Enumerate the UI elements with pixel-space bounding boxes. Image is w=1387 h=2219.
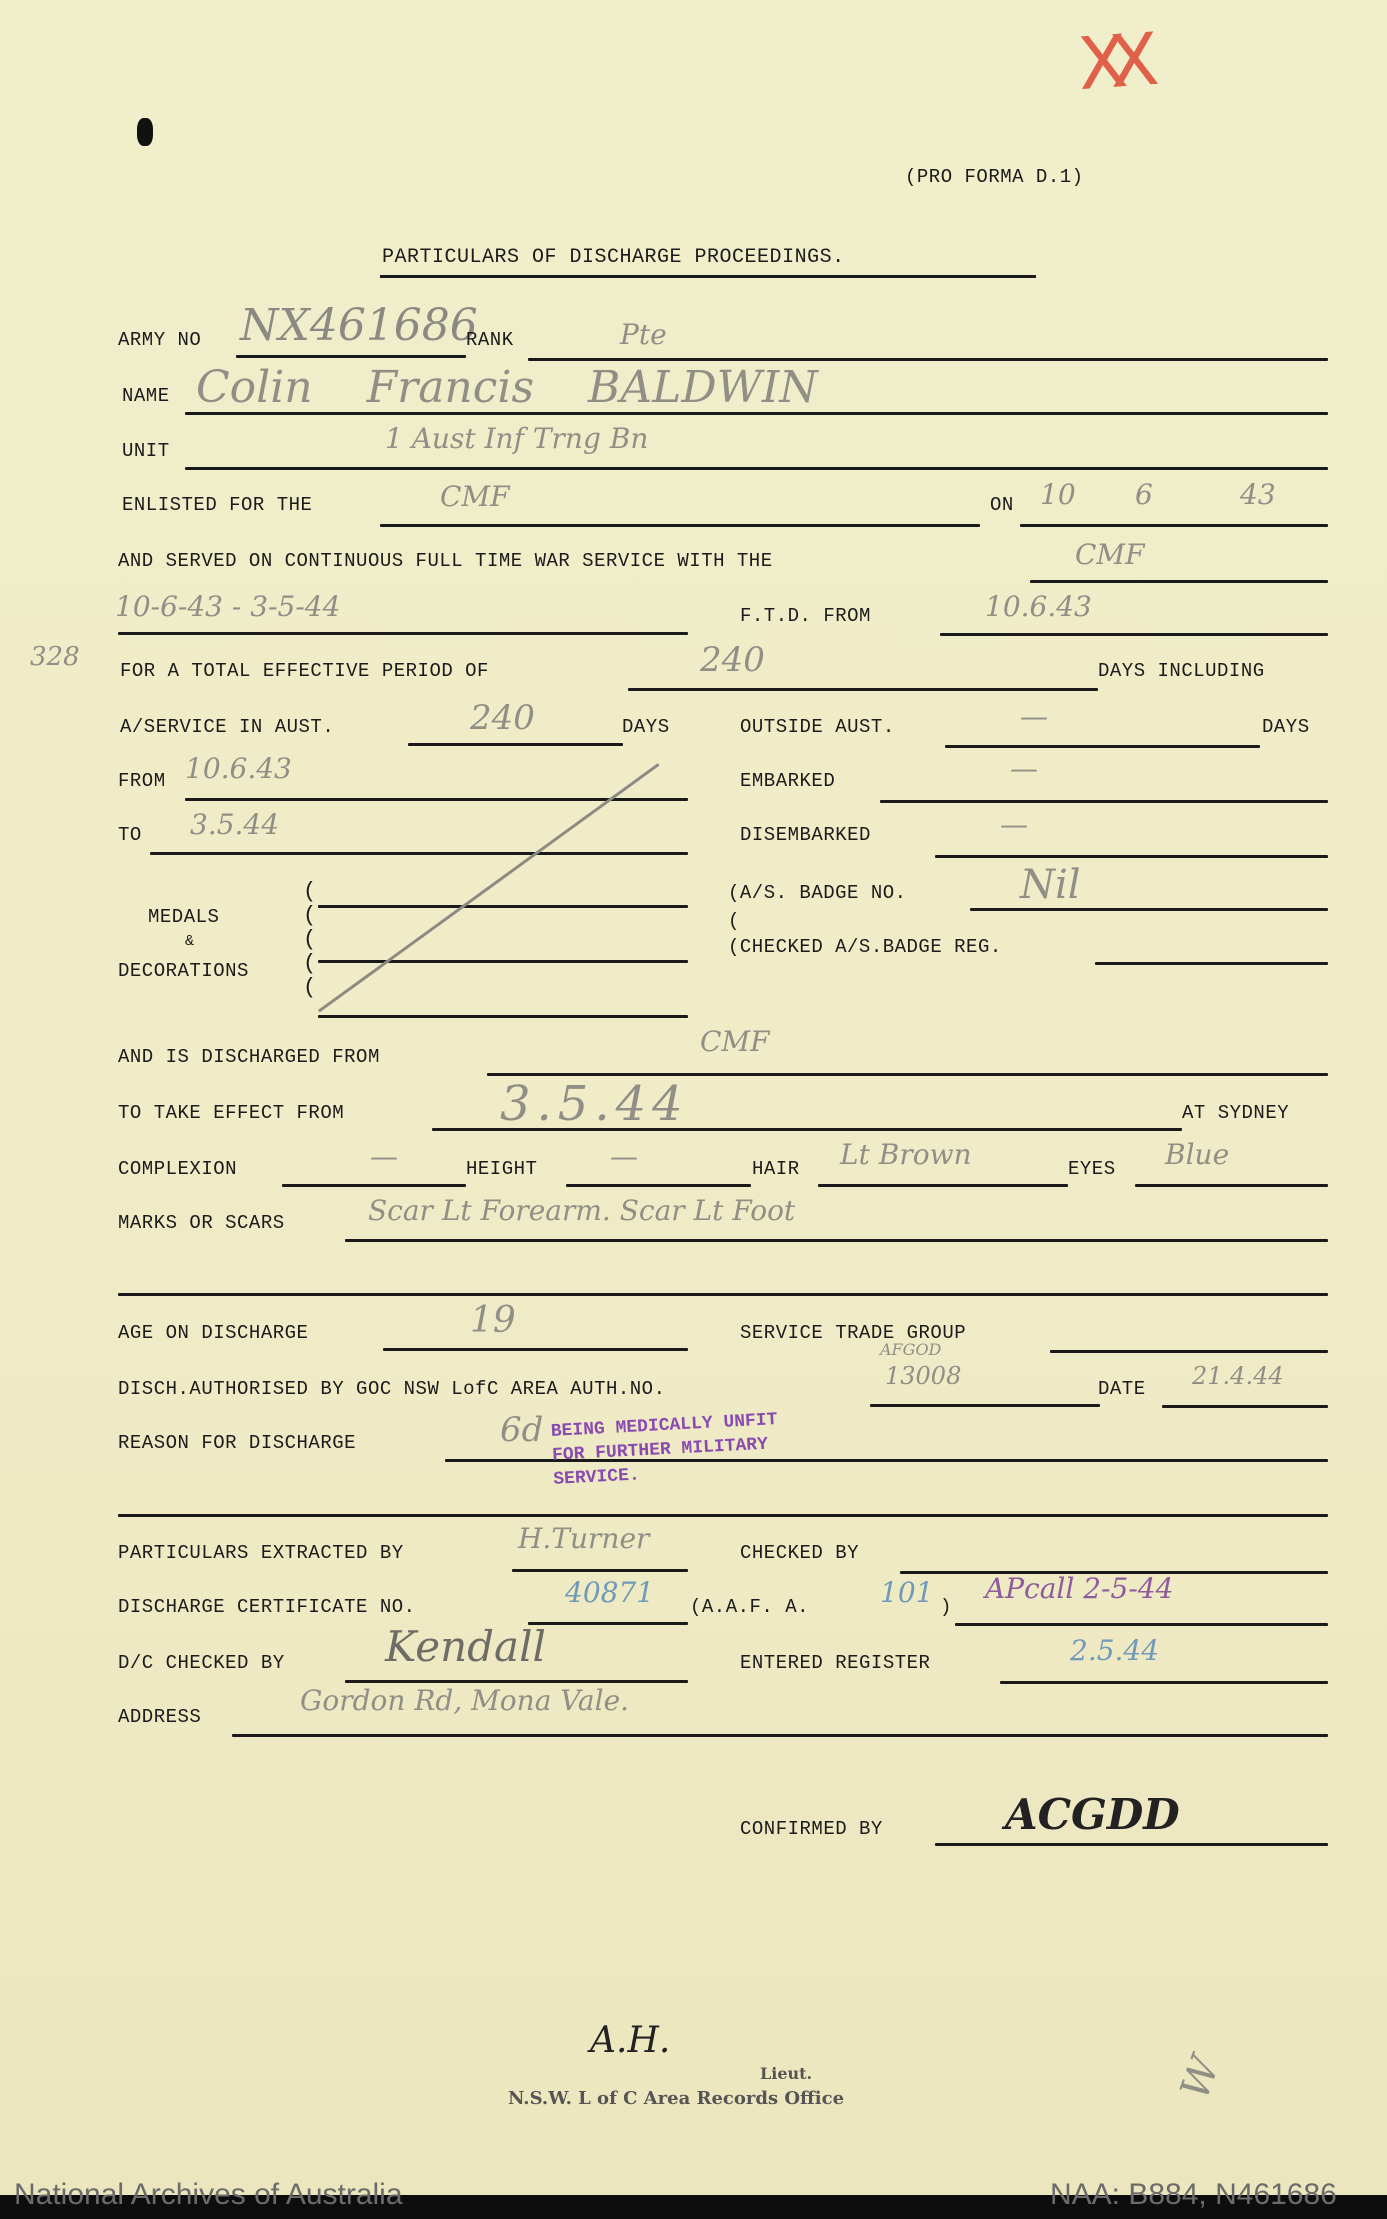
badge-no-label: (A/S. BADGE NO. xyxy=(728,882,907,904)
service-period-line xyxy=(118,632,688,635)
service-aust-line xyxy=(408,743,623,746)
to-line xyxy=(150,852,688,855)
trade-group-line xyxy=(1050,1350,1328,1353)
form-id: (PRO FORMA D.1) xyxy=(905,166,1084,188)
punch-hole xyxy=(137,118,153,146)
confirmed-by-line xyxy=(935,1843,1328,1846)
complexion-label: COMPLEXION xyxy=(118,1158,237,1180)
aafa-value: 101 xyxy=(880,1576,933,1609)
authorised-date-value: 21.4.44 xyxy=(1192,1362,1284,1390)
decorations-label: DECORATIONS xyxy=(118,960,249,982)
address-line xyxy=(232,1734,1328,1737)
badge-no-line xyxy=(970,908,1328,911)
service-aust-value: 240 xyxy=(470,698,535,738)
height-value: — xyxy=(610,1140,638,1173)
entered-register-label: ENTERED REGISTER xyxy=(740,1652,930,1674)
medals-amp: & xyxy=(185,933,195,950)
total-period-suffix: DAYS INCLUDING xyxy=(1098,660,1265,682)
enlisted-year: 43 xyxy=(1240,478,1276,511)
unit-line xyxy=(185,467,1328,470)
total-period-label: FOR A TOTAL EFFECTIVE PERIOD OF xyxy=(120,660,489,682)
hair-line xyxy=(818,1184,1068,1187)
served-line xyxy=(1030,580,1328,583)
marks-line-2 xyxy=(118,1293,1328,1296)
name-value: Colin Francis BALDWIN xyxy=(196,362,818,413)
marks-label: MARKS OR SCARS xyxy=(118,1212,285,1234)
embarked-value: — xyxy=(1010,752,1038,785)
aafa-close: ) xyxy=(940,1596,952,1618)
total-period-line xyxy=(628,688,1098,691)
eyes-line xyxy=(1135,1184,1328,1187)
extracted-by-label: PARTICULARS EXTRACTED BY xyxy=(118,1542,404,1564)
disembarked-value: — xyxy=(1000,808,1028,841)
outside-aust-label: OUTSIDE AUST. xyxy=(740,716,895,738)
ftd-value: 10.6.43 xyxy=(985,590,1092,623)
rank-label: RANK xyxy=(466,329,514,351)
ftd-label: F.T.D. FROM xyxy=(740,605,871,627)
authorised-label: DISCH.AUTHORISED BY GOC NSW LofC AREA AU… xyxy=(118,1378,666,1400)
rank-value: Pte xyxy=(620,318,667,351)
medically-unfit-stamp: BEING MEDICALLY UNFIT FOR FURTHER MILITA… xyxy=(550,1408,780,1492)
reason-label: REASON FOR DISCHARGE xyxy=(118,1432,356,1454)
enlisted-date-line xyxy=(1020,524,1328,527)
age-value: 19 xyxy=(470,1300,516,1341)
reason-line-2 xyxy=(118,1514,1328,1517)
page-title: PARTICULARS OF DISCHARGE PROCEEDINGS. xyxy=(382,246,845,269)
badge-reg-line xyxy=(1095,962,1328,965)
eyes-label: EYES xyxy=(1068,1158,1116,1180)
served-value: CMF xyxy=(1075,538,1145,571)
title-underline xyxy=(380,275,1036,278)
checked-by-label: CHECKED BY xyxy=(740,1542,859,1564)
ftd-line xyxy=(940,633,1328,636)
discharged-from-value: CMF xyxy=(700,1025,770,1058)
medals-line-3 xyxy=(318,1015,688,1018)
officer-signature: A.H. xyxy=(590,2020,670,2061)
officer-rank: Lieut. xyxy=(760,2064,812,2083)
outside-aust-value: — xyxy=(1020,700,1048,733)
certificate-label: DISCHARGE CERTIFICATE NO. xyxy=(118,1596,416,1618)
effect-from-line xyxy=(432,1128,1182,1131)
from-value: 10.6.43 xyxy=(185,752,292,785)
age-label: AGE ON DISCHARGE xyxy=(118,1322,308,1344)
authorised-date-label: DATE xyxy=(1098,1378,1146,1400)
marks-line xyxy=(345,1239,1328,1242)
aafa-label: (A.A.F. A. xyxy=(690,1596,809,1618)
from-label: FROM xyxy=(118,770,166,792)
service-aust-label: A/SERVICE IN AUST. xyxy=(120,716,334,738)
reason-code: 6d xyxy=(500,1410,543,1450)
service-aust-suffix: DAYS xyxy=(622,716,670,738)
red-crayon-mark: XX xyxy=(1075,18,1143,106)
unit-label: UNIT xyxy=(122,440,170,462)
enlisted-month: 6 xyxy=(1135,478,1153,511)
entered-register-value: 2.5.44 xyxy=(1070,1634,1159,1667)
confirmed-by-label: CONFIRMED BY xyxy=(740,1818,883,1840)
height-line xyxy=(566,1184,751,1187)
address-label: ADDRESS xyxy=(118,1706,201,1728)
records-office-stamp: N.S.W. L of C Area Records Office xyxy=(508,2088,844,2109)
badge-reg-label: (CHECKED A/S.BADGE REG. xyxy=(728,936,1002,958)
certificate-value: 40871 xyxy=(565,1576,654,1609)
hair-label: HAIR xyxy=(752,1158,800,1180)
service-period-value: 10-6-43 - 3-5-44 xyxy=(115,590,340,623)
to-value: 3.5.44 xyxy=(190,808,279,841)
medals-bracket: ((((( xyxy=(303,880,316,1000)
outside-aust-line xyxy=(945,745,1260,748)
disembarked-line xyxy=(935,855,1328,858)
authorised-value: 13008 xyxy=(885,1362,961,1390)
authorised-line xyxy=(870,1404,1100,1407)
to-label: TO xyxy=(118,824,142,846)
discharged-from-label: AND IS DISCHARGED FROM xyxy=(118,1046,380,1068)
rank-line xyxy=(528,358,1328,361)
complexion-line xyxy=(282,1184,466,1187)
eyes-value: Blue xyxy=(1165,1138,1229,1171)
enlisted-value: CMF xyxy=(440,480,510,513)
embarked-line xyxy=(880,800,1328,803)
authorised-note: AFGOD xyxy=(880,1340,941,1359)
enlisted-line xyxy=(380,524,980,527)
dc-checked-line xyxy=(345,1680,688,1683)
disembarked-label: DISEMBARKED xyxy=(740,824,871,846)
dc-checked-value: Kendall xyxy=(385,1622,546,1671)
unit-value: 1 Aust Inf Trng Bn xyxy=(385,422,648,455)
medals-label: MEDALS xyxy=(148,906,219,928)
effect-from-label: TO TAKE EFFECT FROM xyxy=(118,1102,344,1124)
on-label: ON xyxy=(990,494,1014,516)
enlisted-day: 10 xyxy=(1040,478,1076,511)
confirmed-by-signature: ACGDD xyxy=(1005,1790,1180,1839)
height-label: HEIGHT xyxy=(466,1158,537,1180)
total-period-value: 240 xyxy=(700,640,765,680)
certificate-line xyxy=(528,1622,688,1625)
complexion-value: — xyxy=(370,1140,398,1173)
medals-line-2 xyxy=(318,960,688,963)
badge-bracket: ( xyxy=(728,910,740,932)
certificate-initials-line xyxy=(955,1623,1328,1626)
name-label: NAME xyxy=(122,385,170,407)
embarked-label: EMBARKED xyxy=(740,770,835,792)
age-line xyxy=(383,1348,688,1351)
certificate-initials: APcall 2-5-44 xyxy=(985,1572,1173,1605)
badge-no-value: Nil xyxy=(1020,862,1081,908)
medals-line-1 xyxy=(318,905,688,908)
archive-name: National Archives of Australia xyxy=(14,2178,403,2212)
margin-note: 328 xyxy=(30,642,80,672)
name-line xyxy=(185,412,1328,415)
outside-aust-suffix: DAYS xyxy=(1262,716,1310,738)
army-no-label: ARMY NO xyxy=(118,329,201,351)
army-no-value: NX461686 xyxy=(240,300,478,351)
extracted-by-value: H.Turner xyxy=(518,1522,649,1555)
effect-from-suffix: AT SYDNEY xyxy=(1182,1102,1289,1124)
enlisted-label: ENLISTED FOR THE xyxy=(122,494,312,516)
dc-checked-label: D/C CHECKED BY xyxy=(118,1652,285,1674)
archive-reference: NAA: B884, N461686 xyxy=(1050,2178,1337,2212)
effect-from-value: 3.5.44 xyxy=(500,1076,689,1132)
served-label: AND SERVED ON CONTINUOUS FULL TIME WAR S… xyxy=(118,550,773,572)
address-value: Gordon Rd, Mona Vale. xyxy=(300,1684,629,1717)
entered-register-line xyxy=(1000,1681,1328,1684)
marks-value: Scar Lt Forearm. Scar Lt Foot xyxy=(368,1194,795,1227)
army-no-line xyxy=(236,355,466,358)
hair-value: Lt Brown xyxy=(840,1138,972,1171)
extracted-by-line xyxy=(512,1569,688,1572)
authorised-date-line xyxy=(1162,1405,1328,1408)
